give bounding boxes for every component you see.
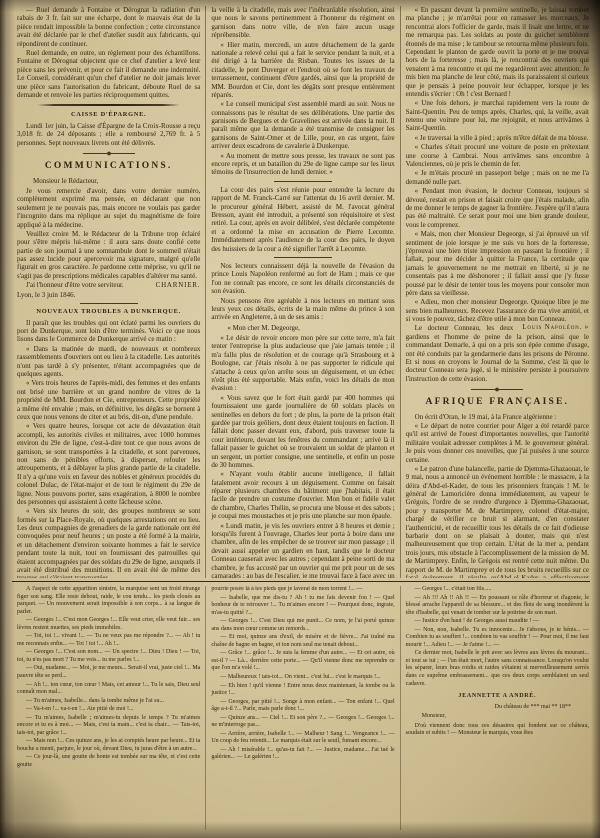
section-divider — [274, 181, 332, 182]
feuilleton-dialogue: — Mais non !... Ces quinze ans, je les a… — [17, 738, 200, 753]
napoleon-letter-paragraph: « Une fois dehors, je marchai rapidement… — [406, 99, 589, 133]
jeannette-salutation: Monsieur, — [406, 713, 589, 721]
feuilleton-column-right: — Georges !... c'était ton fils..... — A… — [400, 586, 594, 830]
feuilleton-dialogue: — Et moi, quinze ans d'exil, de misère e… — [211, 634, 394, 649]
napoleon-letter-paragraph: « Pendant mon évasion, le docteur Connea… — [406, 187, 589, 229]
letter-signature-line: J'ai l'honneur d'être votre serviteur. C… — [17, 281, 200, 289]
evasion-paragraph: Nous pensons être agréable à nos lecteur… — [211, 297, 394, 322]
jeannette-heading: JEANNETTE A ANDRÉ. — [406, 693, 589, 701]
feuilleton-dialogue: — Eh bien ! qu'il vienne ! Entre nous de… — [211, 683, 394, 698]
feuilleton-dialogue: — Quinze ans... — Ciel !... Et son père … — [211, 715, 394, 730]
feuilleton-dialogue: — Tu m'aimes, Isabelle ; m'aimes-tu depu… — [17, 715, 200, 738]
cour-des-pairs-paragraph: La cour des pairs s'est réunie pour ente… — [211, 186, 394, 253]
dunkerque-paragraph: la veille à la citadelle, mais avec l'in… — [211, 6, 394, 40]
napoleon-letter-paragraph: « Le désir de revoir encore mon père sur… — [211, 334, 394, 393]
napoleon-letter-paragraph: « N'ayant voulu établir aucune intellige… — [211, 470, 394, 520]
napoleon-letter-paragraph: « Mais, mon cher Monsieur Degeorge, si j… — [406, 230, 589, 297]
napoleon-letter-salutation: « Mon cher M. Degeorge, — [211, 324, 394, 332]
dunkerque-paragraph: « Vers trois heures de l'après-midi, des… — [17, 379, 200, 421]
feuilleton-dialogue: — Arrière, arrière, Isabelle !... — Malh… — [211, 731, 394, 746]
afrique-paragraph: « Le patron d'une balancelle, partie de … — [406, 465, 589, 578]
dunkerque-paragraph: Il paraît que les troubles qui ont éclat… — [17, 319, 200, 344]
feuilleton-dialogue: — Tu m'aimes, Isabelle... dans la tombe … — [17, 698, 200, 706]
communications-heading: COMMUNICATIONS. — [17, 161, 200, 172]
feuilleton-divider — [12, 581, 590, 582]
jeannette-dateline: Du château de *** mai ** 18** — [406, 704, 589, 712]
napoleon-letter-paragraph: « Je traversai la ville à pied ; après m… — [406, 134, 589, 142]
prudhommes-paragraph: Ruel demande, en outre, un règlement pou… — [17, 49, 200, 99]
feuilleton-dialogue: — Non, non, Isabelle. Tu es innocente...… — [406, 627, 589, 650]
section-divider — [274, 257, 332, 258]
prudhommes-paragraph: — Ruel demande à Fontaine et Dérognat la… — [17, 6, 200, 48]
feuilleton-dialogue: — Ah ! misérable !... qu'as-tu fait ?...… — [211, 747, 394, 762]
newspaper-page: — Ruel demande à Fontaine et Dérognat la… — [0, 0, 600, 838]
conneau-paragraph: Le docteur Conneau, les deux gardiens et… — [406, 324, 589, 383]
napoleon-letter-paragraph: « Vous savez que le fort était gardé par… — [211, 394, 394, 470]
evasion-paragraph: Nos lecteurs connaissent déjà la nouvell… — [211, 262, 394, 296]
dunkerque-paragraph: « Dans la matinée de mardi, de nouveaux … — [17, 345, 200, 379]
main-columns: — Ruel demande à Fontaine et Dérognat la… — [0, 0, 600, 578]
charnier-letter-paragraph: Veuillez croire M. le Rédacteur de la Tr… — [17, 230, 200, 280]
feuilleton-dialogue: — Ah !... ton cœur, ton cœur ! Mais, cet… — [17, 682, 200, 697]
feuilleton-column-left: À l'aspect de cette apparition sinistre,… — [12, 586, 205, 830]
feuilleton-dialogue: — Georges !... c'était ton fils..... — [406, 586, 589, 594]
napoleon-letter-paragraph: « Lundi matin, je vis les ouvriers entre… — [211, 522, 394, 578]
afrique-paragraph: « Le départ de notre courrier pour Alger… — [406, 422, 589, 464]
feuilleton-dialogue: — Malheureux ! tais-toi... On vient... c… — [211, 674, 394, 682]
feuilleton-paragraph: À l'aspect de cette apparition sinistre,… — [17, 586, 200, 616]
dunkerque-heading: NOUVEAUX TROUBLES A DUNKERQUE. — [17, 308, 200, 316]
feuilleton-dialogue: — Justice d'en haut ! de Georges aussi m… — [406, 618, 589, 626]
dunkerque-paragraph: « Au moment de mettre sous presse, les t… — [211, 152, 394, 177]
feuilleton-paragraph: — Ah !!! Ah !! Ah !! — En poussant ce râ… — [406, 595, 589, 618]
dunkerque-paragraph: « Hier matin, mercredi, un autre détache… — [211, 41, 394, 100]
napoleon-letter-paragraph: « Je m'étais procuré un passeport belge … — [406, 169, 589, 186]
feuilleton-section: À l'aspect de cette apparition sinistre,… — [0, 584, 600, 830]
feuilleton-dialogue: — Toi, toi !... vivant !... — Tu ne veux… — [17, 633, 200, 648]
napoleon-letter-closing: « Adieu, mon cher monsieur Degeorge. Quo… — [406, 298, 589, 323]
dunkerque-paragraph: « Le conseil municipal s'est assemblé ma… — [211, 100, 394, 150]
ornament-divider — [471, 387, 523, 392]
charnier-letter-paragraph: Je vous remercie d'avoir, dans votre der… — [17, 187, 200, 229]
feuilleton-dialogue: — Va-t-en !... va-t-en !... Aie pitié de… — [17, 706, 200, 714]
letter-salutation: Monsieur le Rédacteur, — [17, 177, 200, 185]
signature: Louis Napoléon. » — [513, 323, 589, 331]
tapered-divider — [37, 104, 180, 106]
napoleon-letter-paragraph: « En passant devant la première sentinel… — [406, 6, 589, 98]
feuilleton-dialogue: pourrie posée là à tes pieds que je lave… — [211, 586, 394, 594]
feuilleton-dialogue: — Georges, par pitié !... Songe à mon en… — [211, 699, 394, 714]
feuilleton-dialogue: — Ce jour-là, une goutte de honte est to… — [17, 754, 200, 769]
feuilleton-dialogue: — Grâce !... grâce !... Je suis la femme… — [211, 650, 394, 673]
caisse-epargne-heading: CAISSE D'ÉPARGNE. — [17, 111, 200, 119]
napoleon-letter-paragraph: « Charles s'était procuré une voiture de… — [406, 143, 589, 168]
feuilleton-dialogue: — Georges !... C'est Dieu qui me punit..… — [211, 618, 394, 633]
feuilleton-dialogue: — Georges !... C'est son nom... — Un spe… — [17, 649, 200, 664]
caisse-epargne-paragraph: Lundi 1er juin, la Caisse d'Épargne de l… — [17, 122, 200, 147]
dunkerque-paragraph: « Vers quatre heures, lorsque cet acte d… — [17, 422, 200, 506]
column-left: — Ruel demande à Fontaine et Dérognat la… — [12, 6, 205, 578]
section-divider — [80, 303, 138, 304]
afrique-heading: AFRIQUE FRANÇAISE. — [406, 397, 589, 408]
jeannette-paragraph: D'où viennent donc tous ces désastres qu… — [406, 723, 589, 738]
feuilleton-column-middle: pourrie posée là à tes pieds que je lave… — [205, 586, 399, 830]
feuilleton-dialogue: — Isabelle, que me dis-tu ? Ah ! tu me f… — [211, 595, 394, 618]
column-right: « En passant devant la première sentinel… — [400, 6, 594, 578]
column-middle: la veille à la citadelle, mais avec l'in… — [205, 6, 399, 578]
signature: CHARNIER. — [147, 281, 201, 289]
feuilleton-dialogue: — Oui, madame... — Moi, je me meurs... S… — [17, 665, 200, 680]
afrique-paragraph: On écrit d'Oran, le 19 mai, à la France … — [406, 413, 589, 421]
letter-dateline: Lyon, le 3 juin 1846. — [17, 291, 200, 299]
ornament-divider — [83, 151, 135, 156]
feuilleton-paragraph: Ce dernier mot, Isabelle le prit avec se… — [406, 650, 589, 688]
feuilleton-dialogue: — Georges !... C'est mon Georges !... El… — [17, 617, 200, 632]
dunkerque-paragraph: « Vers six heures du soir, des groupes n… — [17, 507, 200, 578]
